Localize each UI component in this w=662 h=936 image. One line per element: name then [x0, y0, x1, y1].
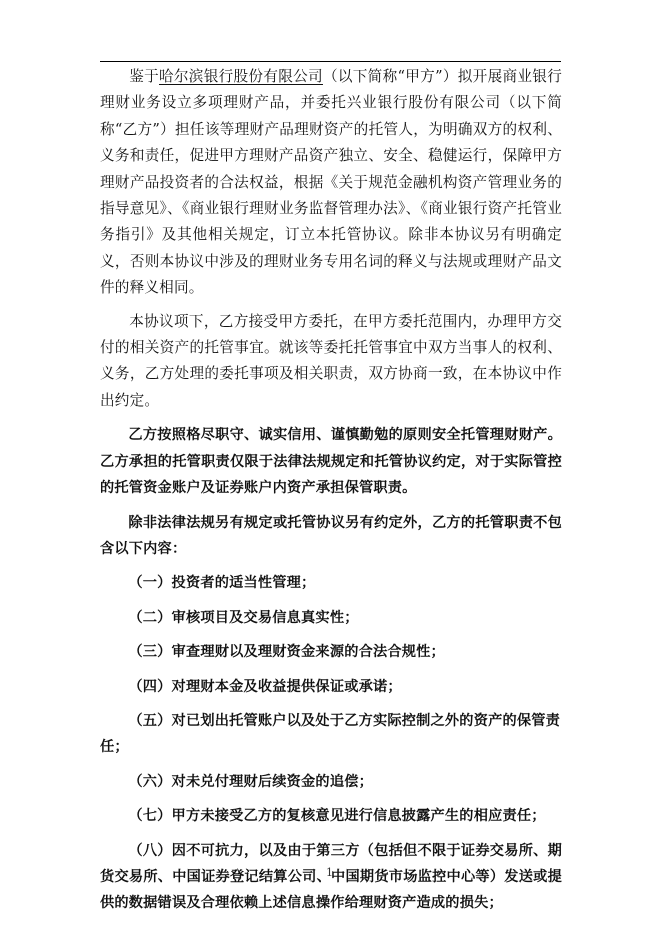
paragraph-exclusions-intro: 除非法律法规另有规定或托管协议另有约定外，乙方的托管职责不包含以下内容：: [100, 510, 562, 563]
exclusion-item-4: （四）对理财本金及收益提供保证或承诺；: [100, 674, 562, 700]
document-body: 鉴于哈尔滨银行股份有限公司（以下简称“甲方”）拟开展商业银行理财业务设立多项理财…: [100, 64, 562, 917]
exclusion-item-1: （一）投资者的适当性管理；: [100, 570, 562, 596]
exclusion-item-7: （七）甲方未接受乙方的复核意见进行信息披露产生的相应责任；: [100, 803, 562, 829]
preamble-prefix: 鉴于: [129, 68, 159, 85]
preamble-text: （以下简称“甲方”）拟开展商业银行理财业务设立多项理财产品，并委托兴业银行股份有…: [100, 68, 562, 296]
exclusion-item-6: （六）对未兑付理财后续资金的追偿；: [100, 769, 562, 795]
exclusion-item-5: （五）对已划出托管账户以及处于乙方实际控制之外的资产的保管责任；: [100, 708, 562, 761]
page-number: 1: [326, 866, 333, 879]
paragraph-custody-duty: 乙方按照格尽职守、诚实信用、谨慎勤勉的原则安全托管理财财产。乙方承担的托管职责仅…: [100, 422, 562, 501]
party-a-name-field: 哈尔滨银行股份有限公司: [159, 68, 323, 85]
header-rule: [100, 61, 561, 62]
paragraph-preamble: 鉴于哈尔滨银行股份有限公司（以下简称“甲方”）拟开展商业银行理财业务设立多项理财…: [100, 64, 562, 302]
exclusion-item-2: （二）审核项目及交易信息真实性；: [100, 605, 562, 631]
paragraph-scope: 本协议项下，乙方接受甲方委托，在甲方委托范围内，办理甲方交付的相关资产的托管事宜…: [100, 309, 562, 415]
exclusion-item-3: （三）审查理财以及理财资金来源的合法合规性；: [100, 639, 562, 665]
